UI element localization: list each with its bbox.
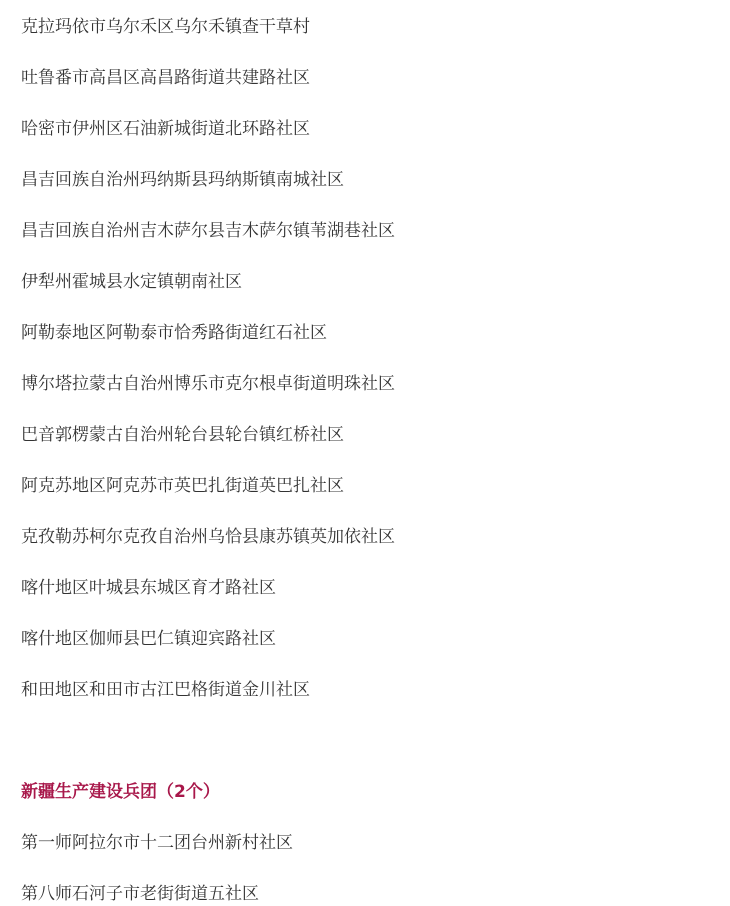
list-item: 巴音郭楞蒙古自治州轮台县轮台镇红桥社区 bbox=[21, 423, 344, 447]
list-item: 第八师石河子市老街街道五社区 bbox=[21, 882, 259, 906]
list-item: 阿勒泰地区阿勒泰市恰秀路街道红石社区 bbox=[21, 321, 327, 345]
list-item: 吐鲁番市高昌区高昌路街道共建路社区 bbox=[21, 66, 310, 90]
list-item: 昌吉回族自治州玛纳斯县玛纳斯镇南城社区 bbox=[21, 168, 344, 192]
list-item: 克拉玛依市乌尔禾区乌尔禾镇查干草村 bbox=[21, 15, 310, 39]
list-item: 昌吉回族自治州吉木萨尔县吉木萨尔镇苇湖巷社区 bbox=[21, 219, 395, 243]
list-item: 伊犁州霍城县水定镇朝南社区 bbox=[21, 270, 242, 294]
list-item: 博尔塔拉蒙古自治州博乐市克尔根卓街道明珠社区 bbox=[21, 372, 395, 396]
list-item: 喀什地区叶城县东城区育才路社区 bbox=[21, 576, 276, 600]
list-item: 和田地区和田市古江巴格街道金川社区 bbox=[21, 678, 310, 702]
list-item: 阿克苏地区阿克苏市英巴扎街道英巴扎社区 bbox=[21, 474, 344, 498]
section-heading-bingtuan: 新疆生产建设兵团（2个） bbox=[21, 780, 220, 804]
list-item: 克孜勒苏柯尔克孜自治州乌恰县康苏镇英加依社区 bbox=[21, 525, 395, 549]
list-item: 哈密市伊州区石油新城街道北环路社区 bbox=[21, 117, 310, 141]
list-item: 第一师阿拉尔市十二团台州新村社区 bbox=[21, 831, 293, 855]
list-item: 喀什地区伽师县巴仁镇迎宾路社区 bbox=[21, 627, 276, 651]
